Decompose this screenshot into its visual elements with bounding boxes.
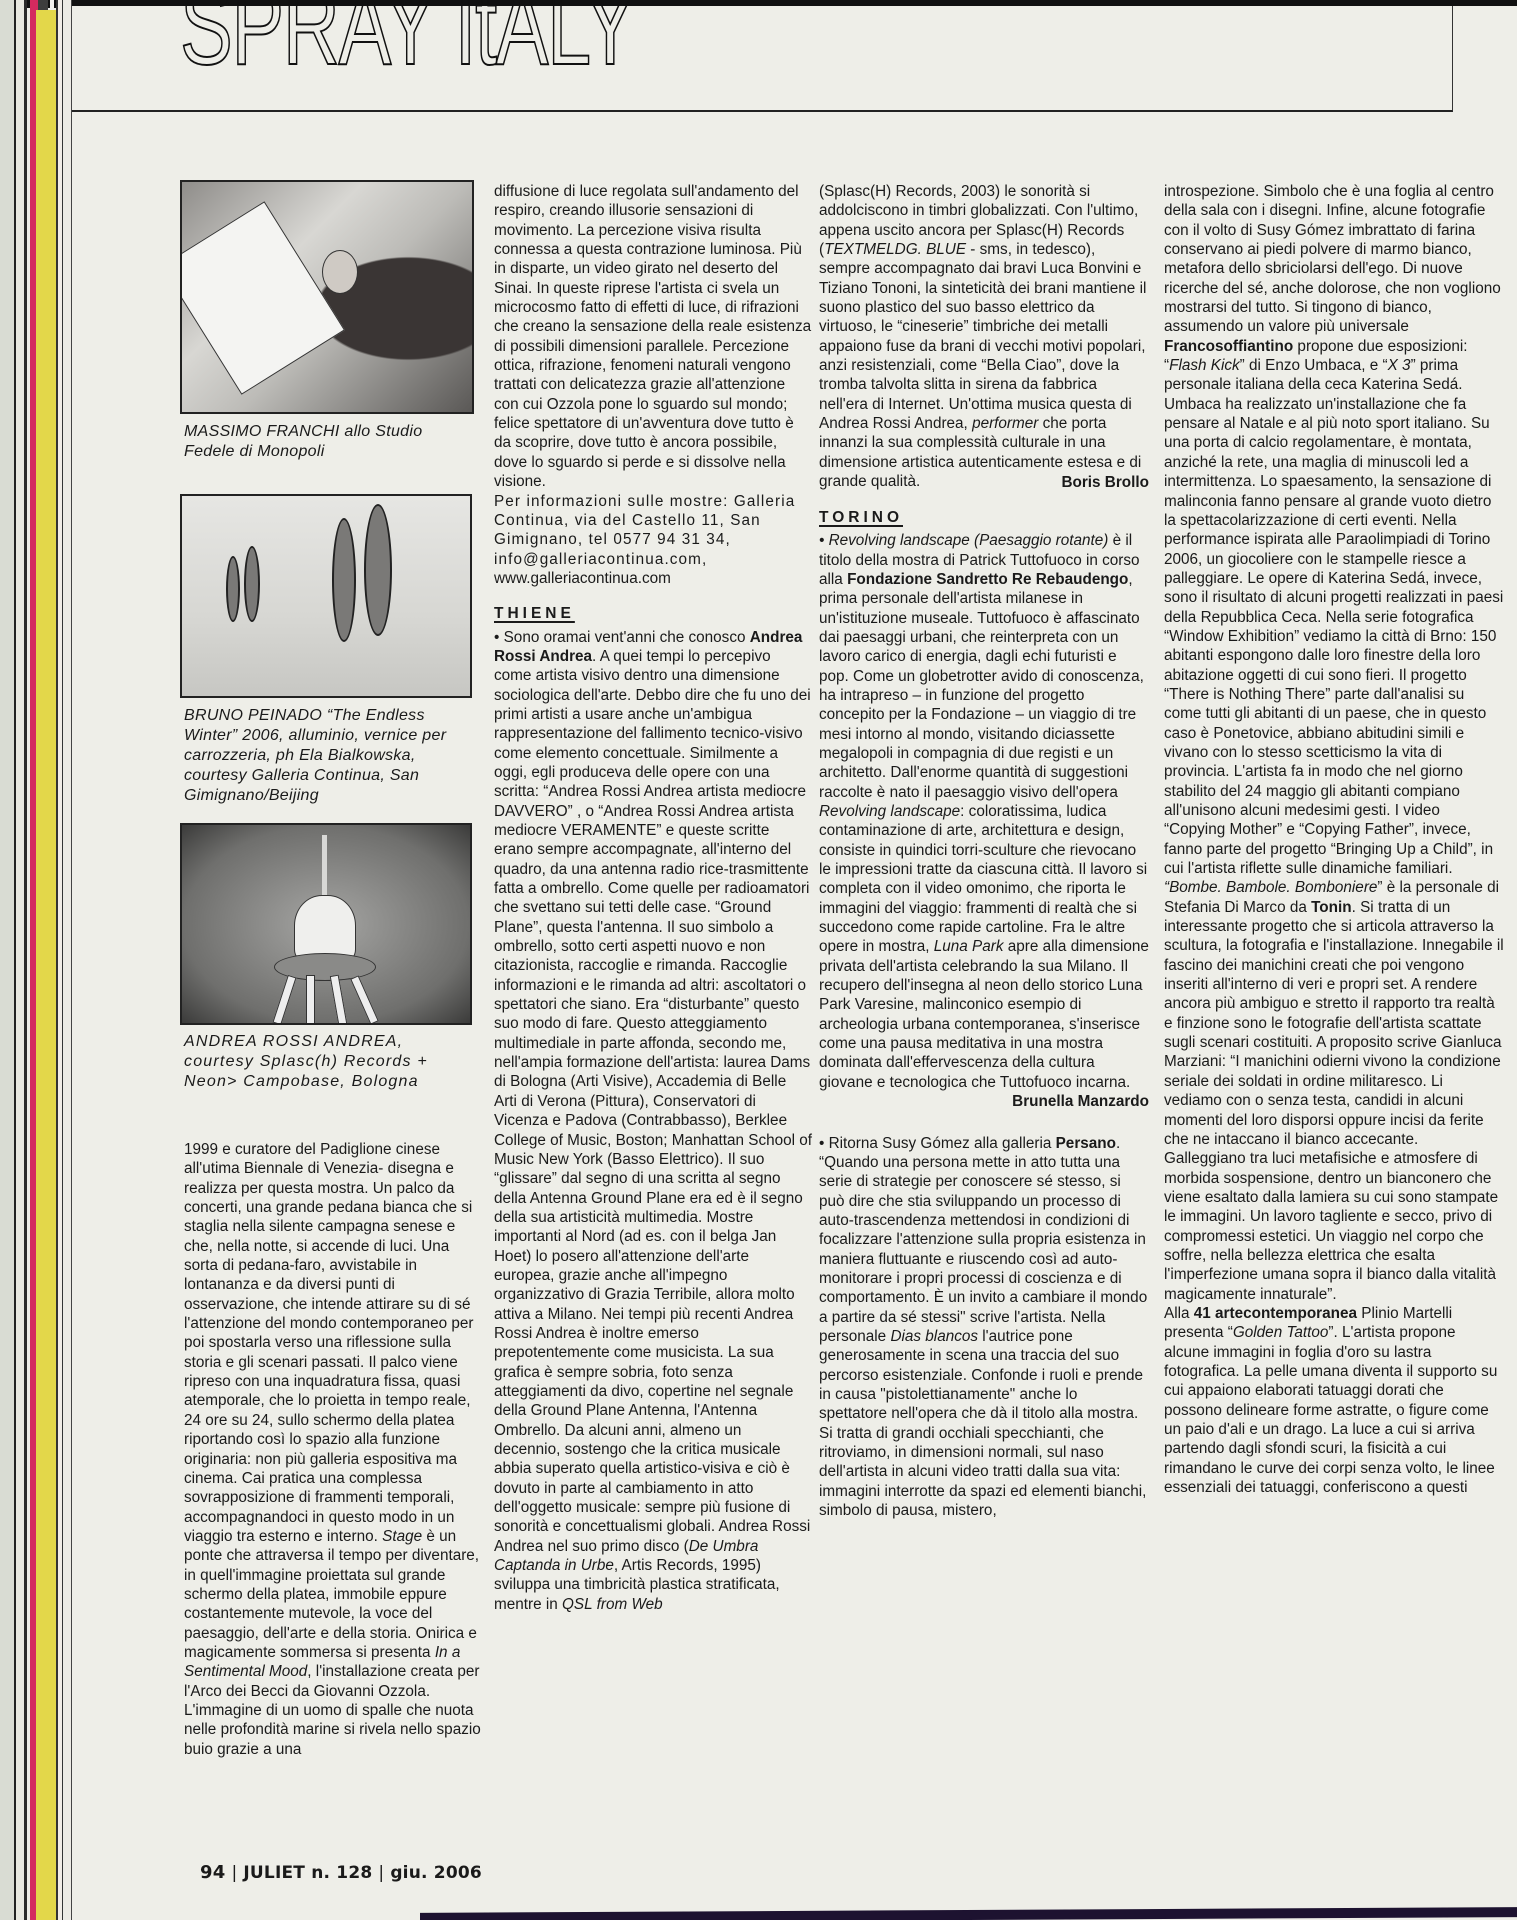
page-stack-edge-yellow xyxy=(36,10,56,1920)
article-column-3: (Splasc(H) Records, 2003) le sonorità si… xyxy=(819,182,1149,1520)
paragraph: • Ritorna Susy Gómez alla galleria Persa… xyxy=(819,1134,1149,1521)
work-title: Dias blancos xyxy=(890,1328,978,1345)
photo-andrea-rossi-andrea xyxy=(180,823,472,1025)
venue-name: Tonin xyxy=(1311,899,1352,916)
caption-artist: MASSIMO FRANCHI xyxy=(184,423,340,440)
paragraph: Alla 41 artecontemporanea Plinio Martell… xyxy=(1164,1304,1504,1497)
figure-caption: ANDREA ROSSI ANDREA, courtesy Splasc(h) … xyxy=(184,1032,474,1092)
person-face xyxy=(322,250,358,294)
surfboard-shape xyxy=(332,518,356,642)
antenna-leg xyxy=(330,975,348,1025)
page-stack-edge xyxy=(62,0,72,1920)
caption-artist: BRUNO PEINADO xyxy=(184,707,322,724)
album-title: TEXTMELDG. BLUE xyxy=(824,241,966,258)
paragraph: 1999 e curatore del Padiglione cinese al… xyxy=(184,1140,484,1759)
magazine-issue: JULIET n. 128 xyxy=(243,1863,372,1883)
antenna-leg xyxy=(350,975,379,1024)
antenna-leg xyxy=(306,975,315,1025)
photo-bruno-peinado xyxy=(180,494,472,698)
caption-artist: ANDREA ROSSI ANDREA xyxy=(184,1033,398,1050)
surfboard-shape xyxy=(364,504,392,636)
photo-massimo-franchi xyxy=(180,180,474,414)
surfboard-shape xyxy=(244,546,260,622)
paragraph: (Splasc(H) Records, 2003) le sonorità si… xyxy=(819,182,1149,492)
article-column-2: diffusione di luce regolata sull'andamen… xyxy=(494,182,812,1614)
author-signature: Brunella Manzardo xyxy=(819,1092,1149,1111)
work-title: Stage xyxy=(382,1528,422,1545)
paragraph: introspezione. Simbolo che è una foglia … xyxy=(1164,182,1504,337)
page-number: 94 xyxy=(200,1862,225,1883)
page-footer: 94|JULIET n. 128|giu. 2006 xyxy=(200,1862,482,1883)
section-heading-thiene: THIENE xyxy=(494,604,812,623)
work-title: Flash Kick xyxy=(1169,357,1240,374)
article-column-1: 1999 e curatore del Padiglione cinese al… xyxy=(184,1140,484,1759)
antenna-leg xyxy=(272,975,296,1025)
surfboard-shape xyxy=(226,556,240,622)
article-column-4: introspezione. Simbolo che è una foglia … xyxy=(1164,182,1504,1497)
gallery-website-link[interactable]: www.galleriacontinua.com xyxy=(494,569,812,588)
paragraph: Francosoffiantino propone due esposizion… xyxy=(1164,337,1504,879)
figure-caption: MASSIMO FRANCHI allo Studio Fedele di Mo… xyxy=(184,422,474,462)
contact-info: Per informazioni sulle mostre: Galleria … xyxy=(494,492,812,569)
album-title: QSL from Web xyxy=(562,1596,663,1613)
paragraph: “Bombe. Bambole. Bomboniere” è la person… xyxy=(1164,878,1504,1304)
work-title: “Bombe. Bambole. Bomboniere xyxy=(1164,879,1377,896)
section-title: SPRAY ItALY xyxy=(180,0,635,82)
antenna-mast xyxy=(322,835,327,897)
paragraph: diffusione di luce regolata sull'andamen… xyxy=(494,182,812,492)
page-stack-edge xyxy=(0,0,16,1920)
venue-name: Francosoffiantino xyxy=(1164,338,1293,355)
page-stack-edge xyxy=(16,0,27,1920)
work-title: Luna Park xyxy=(934,938,1004,955)
work-title: X 3 xyxy=(1388,357,1411,374)
work-title: • Revolving landscape (Paesaggio rotante… xyxy=(819,532,1108,549)
magazine-page: SPRAY ItALY MASSIMO FRANCHI allo Studio … xyxy=(72,6,1517,1920)
issue-date: giu. 2006 xyxy=(390,1863,482,1883)
work-title: Golden Tattoo xyxy=(1233,1324,1329,1341)
venue-name: 41 artecontemporanea xyxy=(1194,1305,1357,1322)
venue-name: Persano xyxy=(1056,1135,1116,1152)
page-header: SPRAY ItALY xyxy=(72,6,1453,112)
venue-name: Fondazione Sandretto Re Rebaudengo xyxy=(847,571,1128,588)
section-heading-torino: TORINO xyxy=(819,508,1149,527)
paragraph: • Sono oramai vent'anni che conosco Andr… xyxy=(494,628,812,1615)
drawing-sheet xyxy=(180,201,345,395)
work-title: Revolving landscape xyxy=(819,803,960,820)
paragraph: • Revolving landscape (Paesaggio rotante… xyxy=(819,531,1149,1092)
figure-caption: BRUNO PEINADO “The Endless Winter” 2006,… xyxy=(184,706,474,806)
